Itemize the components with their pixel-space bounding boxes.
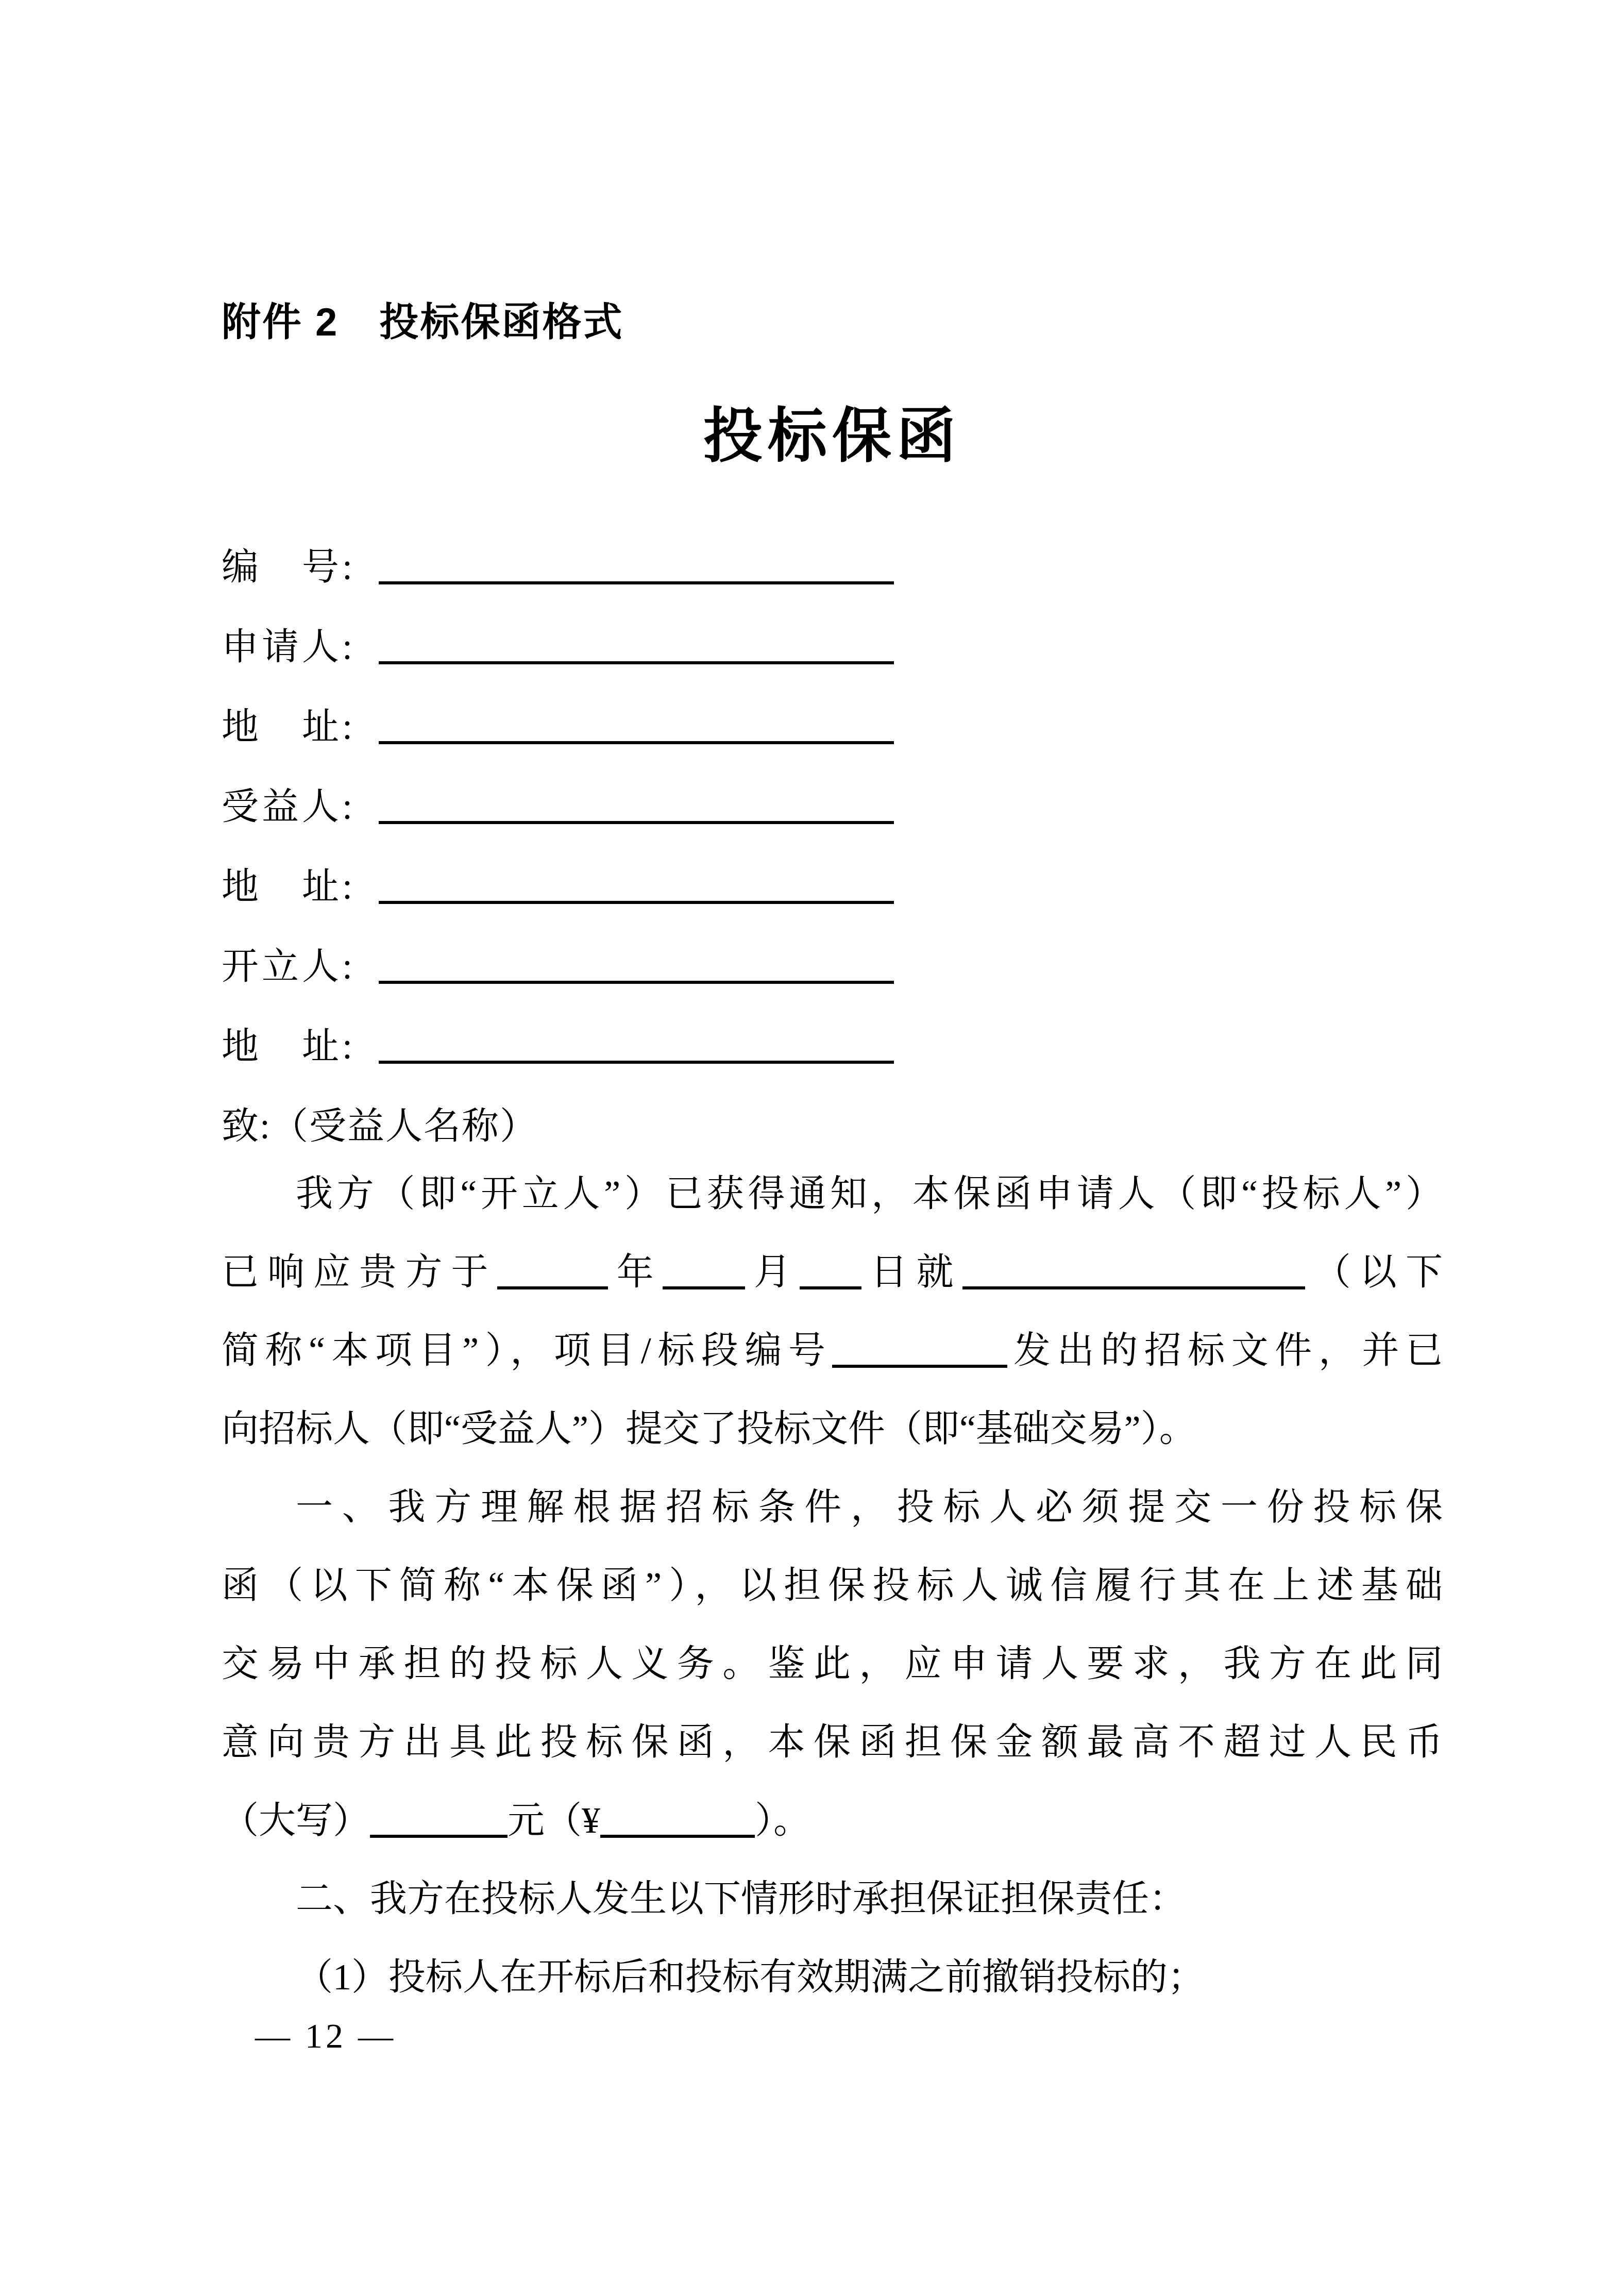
blank-underline: [370, 1835, 508, 1838]
body-text: 意向贵方出具此投标保函，本保函担保金额最高不超过人民币: [222, 1721, 1443, 1763]
blank-underline: [379, 581, 894, 584]
body-text: 交易中承担的投标人义务。鉴此，应申请人要求，我方在此同: [222, 1643, 1443, 1684]
blank-underline: [600, 1835, 755, 1838]
form-field-row: 地 址:: [222, 1007, 1443, 1086]
field-label: 地 址:: [222, 706, 356, 747]
body-line: 我方（即“开立人”）已获得通知，本保函申请人（即“投标人”）: [222, 1154, 1443, 1233]
blank-underline: [663, 1286, 745, 1289]
body-text: 简称“本项目”），项目/标段编号: [222, 1330, 832, 1371]
body-text: 元（¥: [508, 1800, 600, 1841]
document-title: 投标保函: [222, 401, 1443, 472]
blank-underline: [962, 1286, 1305, 1289]
body-line: 二、我方在投标人发生以下情形时承担保证担保责任：: [222, 1859, 1443, 1938]
field-label: 地 址:: [222, 1026, 356, 1067]
body-line: 向招标人（即“受益人”）提交了投标文件（即“基础交易”）。: [222, 1389, 1443, 1468]
blank-underline: [379, 901, 894, 904]
blank-underline: [379, 741, 894, 744]
body-text: 年: [608, 1251, 663, 1293]
field-label: 受益人:: [222, 786, 356, 827]
body-text: （大写）: [222, 1800, 370, 1841]
body-line: 简称“本项目”），项目/标段编号发出的招标文件，并已: [222, 1311, 1443, 1389]
body-text: 函（以下简称“本保函”），以担保投标人诚信履行其在上述基础: [222, 1565, 1443, 1606]
body-text: 发出的招标文件，并已: [1007, 1330, 1443, 1371]
body-line: （1）投标人在开标后和投标有效期满之前撤销投标的；: [222, 1938, 1443, 2016]
blank-underline: [379, 661, 894, 664]
body-line: （大写）元（¥）。: [222, 1781, 1443, 1859]
body-text: 向招标人（即“受益人”）提交了投标文件（即“基础交易”）。: [222, 1408, 1196, 1449]
blank-underline: [379, 1061, 894, 1064]
form-field-row: 受益人:: [222, 767, 1443, 847]
document-page: 附件 2 投标保函格式 投标保函 编 号:申请人:地 址:受益人:地 址:开立人…: [0, 0, 1623, 2296]
body-text: ）。: [755, 1800, 810, 1841]
blank-underline: [832, 1365, 1007, 1368]
field-label: 申请人:: [222, 626, 356, 667]
blank-underline: [800, 1286, 861, 1289]
body-line: 交易中承担的投标人义务。鉴此，应申请人要求，我方在此同: [222, 1624, 1443, 1703]
form-fields: 编 号:申请人:地 址:受益人:地 址:开立人:地 址:: [222, 527, 1443, 1086]
body-line: 意向贵方出具此投标保函，本保函担保金额最高不超过人民币: [222, 1703, 1443, 1781]
body-text: 二、我方在投标人发生以下情形时承担保证担保责任：: [296, 1878, 1186, 1919]
body-text: 日就: [861, 1251, 962, 1293]
attachment-header: 附件 2 投标保函格式: [222, 303, 623, 342]
body-text: 已响应贵方于: [222, 1251, 497, 1293]
body-text: 月: [745, 1251, 800, 1293]
body-line: 已响应贵方于年月日就（以下: [222, 1233, 1443, 1311]
body-text: （以下: [1305, 1251, 1443, 1293]
blank-underline: [497, 1286, 608, 1289]
body-text: 一、我方理解根据招标条件，投标人必须提交一份投标保: [296, 1486, 1443, 1528]
body-text: 我方（即“开立人”）已获得通知，本保函申请人（即“投标人”）: [296, 1173, 1443, 1214]
blank-underline: [379, 821, 894, 824]
page-number: — 12 —: [255, 2018, 396, 2053]
field-label: 开立人:: [222, 946, 356, 987]
form-field-row: 地 址:: [222, 847, 1443, 927]
field-label: 编 号:: [222, 546, 356, 588]
blank-underline: [379, 981, 894, 984]
form-field-row: 编 号:: [222, 527, 1443, 607]
form-field-row: 地 址:: [222, 687, 1443, 767]
body-line: 函（以下简称“本保函”），以担保投标人诚信履行其在上述基础: [222, 1546, 1443, 1624]
form-field-row: 申请人:: [222, 607, 1443, 687]
field-label: 地 址:: [222, 866, 356, 907]
body-text: （1）投标人在开标后和投标有效期满之前撤销投标的；: [296, 1956, 1205, 1998]
form-field-row: 开立人:: [222, 927, 1443, 1007]
document-body: 我方（即“开立人”）已获得通知，本保函申请人（即“投标人”）已响应贵方于年月日就…: [222, 1154, 1443, 2016]
body-line: 一、我方理解根据招标条件，投标人必须提交一份投标保: [222, 1468, 1443, 1546]
